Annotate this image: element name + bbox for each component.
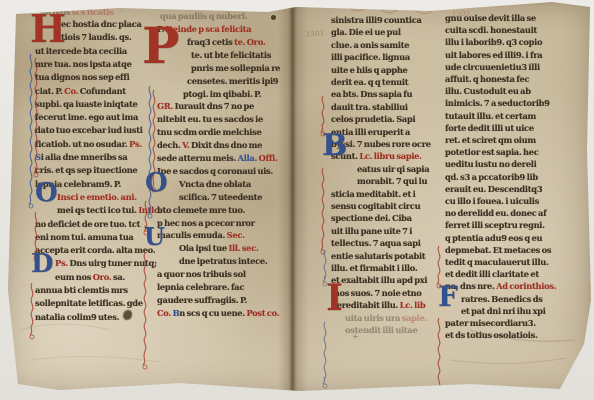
manuscript-text-line: Co. Bn scs q cu uene. Post co.: [157, 309, 279, 317]
pen-flourish: [142, 253, 150, 371]
rubric-text: scs ficatis: [72, 7, 114, 17]
body-text: annua bti clemtis mrs: [35, 285, 128, 295]
body-text: ferret illi sceptru regni.: [445, 220, 545, 230]
rubric-text: Co.: [64, 86, 80, 96]
manuscript-text-line: scifica. 7 uteedente: [179, 193, 262, 201]
body-text: nitebit eu. tu es sacdos ie: [157, 114, 263, 124]
manuscript-text-line: gaudere suffragiis. P.: [157, 296, 247, 304]
manuscript-text-line: et dedit illi claritate et: [445, 270, 539, 278]
body-text: Vncta dne oblata: [179, 179, 251, 189]
manuscript-text-line: ferret illi sceptru regni.: [445, 221, 545, 229]
body-text: affuit. q honesta fec: [445, 74, 529, 84]
manuscript-text-line: ciat. P. Co. Cofundant: [35, 87, 126, 95]
body-text: illu i laborib9. q3 copio: [445, 37, 542, 47]
manuscript-text-line: hereditabit illu. Lc. lib: [331, 301, 425, 309]
rubric-text: Ps.: [129, 139, 142, 149]
body-text: et ds totius osolatiois.: [445, 330, 538, 340]
wormhole: [271, 15, 276, 20]
body-text: illi pacifice. lignua: [331, 52, 410, 62]
illuminated-initial-H: H: [30, 14, 66, 44]
manuscript-text-line: uita uiris ura sapie.: [345, 314, 427, 322]
pen-flourish: [436, 246, 444, 290]
body-text: gaudere suffragiis. P.: [157, 295, 247, 305]
manuscript-text-line: no derelidd eu. donec af: [445, 209, 546, 217]
pen-flourish: [322, 250, 330, 288]
body-text: Dixit dns dno me: [191, 140, 262, 150]
body-text: dech.: [157, 140, 182, 150]
body-text: qd. s3 a pccatorib9 lib: [445, 172, 538, 182]
body-text: sensu cogitabit circu: [331, 201, 420, 211]
body-text: bto clemete mre tuo.: [157, 205, 245, 215]
body-text: Ipe e sacdos q coronaui uis.: [157, 166, 273, 176]
body-text: sa.: [113, 272, 125, 282]
manuscript-text-line: pater misecordiaru3.: [445, 319, 536, 327]
manuscript-text-line: ficatiob. ut no osudar. Ps.: [35, 140, 142, 148]
body-text: ea bts. Dns sapia fu: [331, 89, 412, 99]
rubric-text: Offi.: [259, 153, 278, 163]
body-text: mos suos. 7 noie etno: [331, 288, 421, 298]
body-text: eum nos: [55, 272, 93, 282]
manuscript-text-line: erauit eu. Descenditq3: [445, 185, 542, 193]
manuscript-text-line: mre tua. nos ipsta atqe: [35, 60, 132, 68]
body-text: erauit eu. Descenditq3: [445, 184, 542, 194]
manuscript-text-line: clue. a onis samite: [331, 41, 409, 49]
manuscript-text-line: uite e hiis q apphe: [331, 66, 408, 74]
body-text: uit illu pane uite 7 i: [331, 226, 412, 236]
body-text: cris. et qs sep ituectione: [35, 165, 137, 175]
body-text: te. ut bte felicitatis: [191, 50, 271, 60]
body-text: no derelidd eu. donec af: [445, 208, 546, 218]
manuscript-text-line: eum nos Oro. sa.: [55, 273, 125, 281]
body-text: morabit. 7 qui iu: [357, 176, 427, 186]
body-text: cu illo i fouea. i uiculis: [445, 196, 539, 206]
body-text: a quor nos tribuis sol: [157, 269, 246, 279]
pen-flourish: [320, 96, 328, 138]
manuscript-text-line: ret. et sciret qm oium: [445, 136, 536, 144]
rubric-text: Post co.: [246, 308, 279, 318]
manuscript-text-line: nitebit eu. tu es sacdos ie: [157, 115, 263, 123]
body-text: censetes. meritis ipi9: [187, 76, 278, 86]
illuminated-initial-O: O: [145, 173, 168, 194]
rubric-text: Ps.: [55, 258, 70, 268]
body-text: sede atternu meis.: [157, 153, 238, 163]
manuscript-text-line: Vncta dne oblata: [179, 180, 251, 188]
body-text: ec hostia dnc placa: [61, 19, 142, 29]
body-text: ratres. Benedics ds: [461, 294, 543, 304]
manuscript-text-line: Ipe e sacdos q coronaui uis.: [157, 167, 273, 175]
manuscript-text-line: tellectus. 7 aqua sapi: [331, 239, 421, 247]
rubric-text: Sec.: [227, 230, 245, 240]
body-text: tutauit illu. et certam: [445, 111, 536, 121]
manuscript-text-line: illu i laborib9. q3 copio: [445, 38, 542, 46]
illuminated-initial-I: I: [326, 284, 343, 313]
manuscript-text-line: affuit. q honesta fec: [445, 75, 529, 83]
manuscript-text-line: tua dignos nos sep effi: [35, 73, 129, 81]
manuscript-text-line: na. dns nre. Ad corinthios.: [445, 282, 556, 290]
body-text: celos prudetia. Sapi: [331, 114, 415, 124]
illuminated-initial-P: P: [142, 26, 180, 66]
body-text: no deficiet de ore tuo. tct: [35, 219, 140, 229]
body-text: uita uiris ura: [345, 313, 402, 323]
manuscript-text-line: GR. Iurauit dns 7 no pe: [157, 102, 254, 110]
body-text: sinistra illi9 countica: [331, 15, 422, 25]
manuscript-text-line: eatus uir qi sapia: [357, 165, 429, 173]
manuscript-text-line: sinistra illi9 countica: [331, 16, 422, 24]
manuscript-text-line: ec hostia dnc placa: [61, 20, 142, 28]
body-text: eni nom tui. amuna tua: [35, 232, 134, 242]
body-text: et dedit illi claritate et: [445, 269, 539, 279]
manuscript-text-line: Oia ipsi tue Ill. sec.: [179, 244, 259, 252]
illuminated-initial-O: O: [35, 183, 58, 204]
manuscript-text-line: derit ea. q q tenuit: [331, 78, 408, 86]
manuscript-text-line: depmebat. Et metaces os: [445, 246, 551, 254]
manuscript-text-line: et ds totius osolatiois.: [445, 331, 538, 339]
body-text: scifica. 7 uteedente: [179, 192, 262, 202]
rubric-text: Co.: [157, 308, 173, 318]
manuscript-text-line: natalia colim9 utes.: [35, 313, 119, 321]
manuscript-text-line: tedit q maculauerut illu.: [445, 258, 549, 266]
body-text: q ptentia adu9 eos q eu: [445, 233, 542, 243]
body-text: forte dedit illi ut uice: [445, 123, 534, 133]
body-text: fraq3 cetis: [187, 37, 234, 47]
manuscript-text-line: supbi. qa iuaste iniqtate: [35, 100, 138, 108]
manuscript-text-line: entie salutaris potabit: [331, 252, 425, 260]
rubric-text: te. Oro.: [234, 37, 265, 47]
illuminated-initial-D: D: [31, 254, 54, 275]
manuscript-text-line: q ptentia adu9 eos q eu: [445, 234, 542, 242]
date-inscription: 1503: [306, 29, 324, 38]
manuscript-text-line: dne ipetratus intece.: [179, 257, 267, 265]
manuscript-text-line: forte dedit illi ut uice: [445, 124, 534, 132]
body-text: ude circuuenietiu3 illi: [445, 62, 540, 72]
body-text: fecerut ime. ego aut ima: [35, 112, 138, 122]
body-text: tedit q maculauerut illu.: [445, 257, 549, 267]
body-text: dato tuo excebar iud iusti: [35, 125, 143, 135]
rubric-text: sapie.: [402, 313, 427, 323]
rubric-text: V.: [182, 140, 191, 150]
body-text: i alia dne mneribs sa: [41, 152, 128, 162]
body-text: sticia meditabit. et i: [331, 189, 415, 199]
manuscript-text-line: illi pacifice. lignua: [331, 53, 410, 61]
rubric-text: Ill. sec.: [228, 243, 258, 253]
body-text: spectione dei. Ciba: [331, 213, 412, 223]
center-fold-crease: [291, 0, 294, 400]
body-text: entie salutaris potabit: [331, 251, 425, 261]
body-text: uit labores ed illi9. i fra: [445, 50, 542, 60]
body-text: ficatiob. ut no osudar.: [35, 139, 129, 149]
body-text: mre tua. nos ipsta atqe: [35, 59, 132, 69]
body-text: Cofundant: [80, 86, 126, 96]
manuscript-text-line: sticia meditabit. et i: [331, 190, 415, 198]
body-text: gla. Die ei ue pul: [331, 27, 401, 37]
manuscript-text-line: Insci e emetio. ani.: [57, 193, 137, 201]
body-text: ptogi. im qibabi. P.: [183, 89, 261, 99]
body-text: illu. et firmabit i illo.: [331, 263, 417, 273]
manuscript-text-line: mos suos. 7 noie etno: [331, 289, 421, 297]
manuscript-text-line: tutauit illu. et certam: [445, 112, 536, 120]
body-text: eatus uir qi sapia: [357, 164, 429, 174]
manuscript-text-line: a quor nos tribuis sol: [157, 270, 246, 278]
pen-flourish: [29, 283, 37, 341]
manuscript-text-line: eni nom tui. amuna tua: [35, 233, 134, 241]
manuscript-text-line: celos prudetia. Sapi: [331, 115, 415, 123]
body-text: inimicis. 7 a seductorib9: [445, 98, 550, 108]
body-text: tiois 7 laudis. qs.: [61, 32, 132, 42]
pen-flourish: [436, 318, 444, 400]
body-text: sollepnitate letificas. gde: [35, 298, 143, 308]
rubric-text: Lc. libru sapie.: [359, 151, 421, 161]
manuscript-text-line: cris. et qs sep ituectione: [35, 166, 137, 174]
body-text: dauit tra. stabiliui: [331, 102, 408, 112]
manuscript-text-line: dech. V. Dixit dns dno me: [157, 141, 262, 149]
pen-flourish: [320, 168, 328, 256]
manuscript-text-line: sollepnitate letificas. gde: [35, 299, 143, 307]
manuscript-text-line: sede atternu meis. Alla. Offi.: [157, 154, 278, 162]
manuscript-text-line: gla. Die ei ue pul: [331, 28, 401, 36]
pen-flourish: [322, 322, 330, 390]
manuscript-text-line: illu. Custoduit eu ab: [445, 87, 531, 95]
rubric-text: Ad corinthios.: [496, 281, 556, 291]
manuscript-text-line: tiois 7 laudis. qs.: [61, 33, 132, 41]
manuscript-text-line: cuita scdi. honestauit: [445, 26, 537, 34]
body-text: pnris me sollepnia re: [191, 63, 280, 73]
body-text: cuita scdi. honestauit: [445, 25, 537, 35]
body-text: lepnia celebrare. fac: [157, 282, 244, 292]
manuscript-text-line: uit labores ed illi9. i fra: [445, 51, 542, 59]
manuscript-text-line: et exaltabit illu apd pxi: [331, 276, 427, 284]
body-text: illu. Custoduit eu ab: [445, 86, 531, 96]
body-text: clue. a onis samite: [331, 40, 409, 50]
rubric-text: Insci e emetio. ani.: [57, 192, 137, 202]
body-text: Alla.: [238, 153, 259, 163]
manuscript-text-line: ude circuuenietiu3 illi: [445, 63, 540, 71]
rubric-text: GR.: [157, 101, 175, 111]
body-text: pater misecordiaru3.: [445, 318, 536, 328]
body-text: et exaltabit illu apd pxi: [331, 275, 427, 285]
manuscript-text-line: maculis emuda. Sec.: [157, 231, 245, 239]
date-inscription: 1503.: [452, 9, 472, 18]
manuscript-text-line: bto clemete mre tuo.: [157, 206, 245, 214]
body-text: mei qs tecti ico tui.: [57, 205, 138, 215]
manuscript-text-line: potetior est sapia. hec: [445, 148, 539, 156]
manuscript-text-line: ratres. Benedics ds: [461, 295, 543, 303]
body-text: potetior est sapia. hec: [445, 147, 539, 157]
manuscript-text-line: dauit tra. stabiliui: [331, 103, 408, 111]
manuscript-text-line: ea bts. Dns sapia fu: [331, 90, 412, 98]
manuscript-text-line: fecerut ime. ego aut ima: [35, 113, 138, 121]
manuscript-text-line: spectione dei. Ciba: [331, 214, 412, 222]
rubric-text: Oro.: [93, 272, 113, 282]
manuscript-text-line: sensu cogitabit circu: [331, 202, 420, 210]
body-text: tua dignos nos sep effi: [35, 72, 129, 82]
illuminated-initial-U: U: [144, 227, 165, 246]
body-text: et pat dni nri ihu xpi: [461, 306, 546, 316]
body-text: dne ipetratus intece.: [179, 256, 267, 266]
body-text: tnu scdm ordie melchise: [157, 127, 262, 137]
body-text: maculis emuda.: [157, 230, 227, 240]
pen-flourish: [33, 58, 41, 179]
manuscript-text-line: uit illu pane uite 7 i: [331, 227, 412, 235]
manuscript-text-line: ptogi. im qibabi. P.: [183, 90, 261, 98]
manuscript-text-line: et pat dni nri ihu xpi: [461, 307, 546, 315]
manuscript-text-line: lepnia celebrare. fac: [157, 283, 244, 291]
manuscript-text-line: p hec nos a pcecor nror: [157, 219, 255, 227]
manuscript-text-line: tnu scdm ordie melchise: [157, 128, 262, 136]
manuscript-text-line: illu. et firmabit i illo.: [331, 264, 417, 272]
manuscript-text-line: no deficiet de ore tuo. tct: [35, 220, 140, 228]
manuscript-text-line: Si alia dne mneribs sa: [35, 153, 127, 161]
manuscript-text-line: annua bti clemtis mrs: [35, 286, 128, 294]
manuscript-photo: ua pais scs ficatisec hostia dnc placati…: [0, 0, 594, 400]
body-text: uite e hiis q apphe: [331, 65, 408, 75]
manuscript-text-line: qd. s3 a pccatorib9 lib: [445, 173, 538, 181]
manuscript-text-line: inimicis. 7 a seductorib9: [445, 99, 550, 107]
manuscript-text-line: te. ut bte felicitatis: [191, 51, 271, 59]
parchment-bifolium: ua pais scs ficatisec hostia dnc placati…: [0, 0, 594, 400]
body-text: derit ea. q q tenuit: [331, 77, 408, 87]
body-text: p hec nos a pcecor nror: [157, 218, 255, 228]
manuscript-text-line: dato tuo excebar iud iusti: [35, 126, 143, 134]
manuscript-text-line: censetes. meritis ipi9: [187, 77, 278, 85]
body-text: depmebat. Et metaces os: [445, 245, 551, 255]
body-text: ret. et sciret qm oium: [445, 135, 536, 145]
manuscript-text-line: morabit. 7 qui iu: [357, 177, 427, 185]
body-text: Iurauit dns 7 no pe: [175, 101, 254, 111]
body-text: supbi. qa iuaste iniqtate: [35, 99, 138, 109]
body-text: tellectus. 7 aqua sapi: [331, 238, 421, 248]
body-text: ueditu iustu no dereli: [445, 159, 537, 169]
body-text: n scs q cu uene.: [179, 308, 246, 318]
manuscript-text-line: fraq3 cetis te. Oro.: [187, 38, 265, 46]
manuscript-text-line: pnris me sollepnia re: [191, 64, 280, 72]
body-text: Oia ipsi tue: [179, 243, 228, 253]
manuscript-text-line: cu illo i fouea. i uiculis: [445, 197, 539, 205]
manuscript-text-line: ueditu iustu no dereli: [445, 160, 537, 168]
body-text: natalia colim9 utes.: [35, 312, 119, 322]
rubric-text: Lc. lib: [400, 300, 426, 310]
